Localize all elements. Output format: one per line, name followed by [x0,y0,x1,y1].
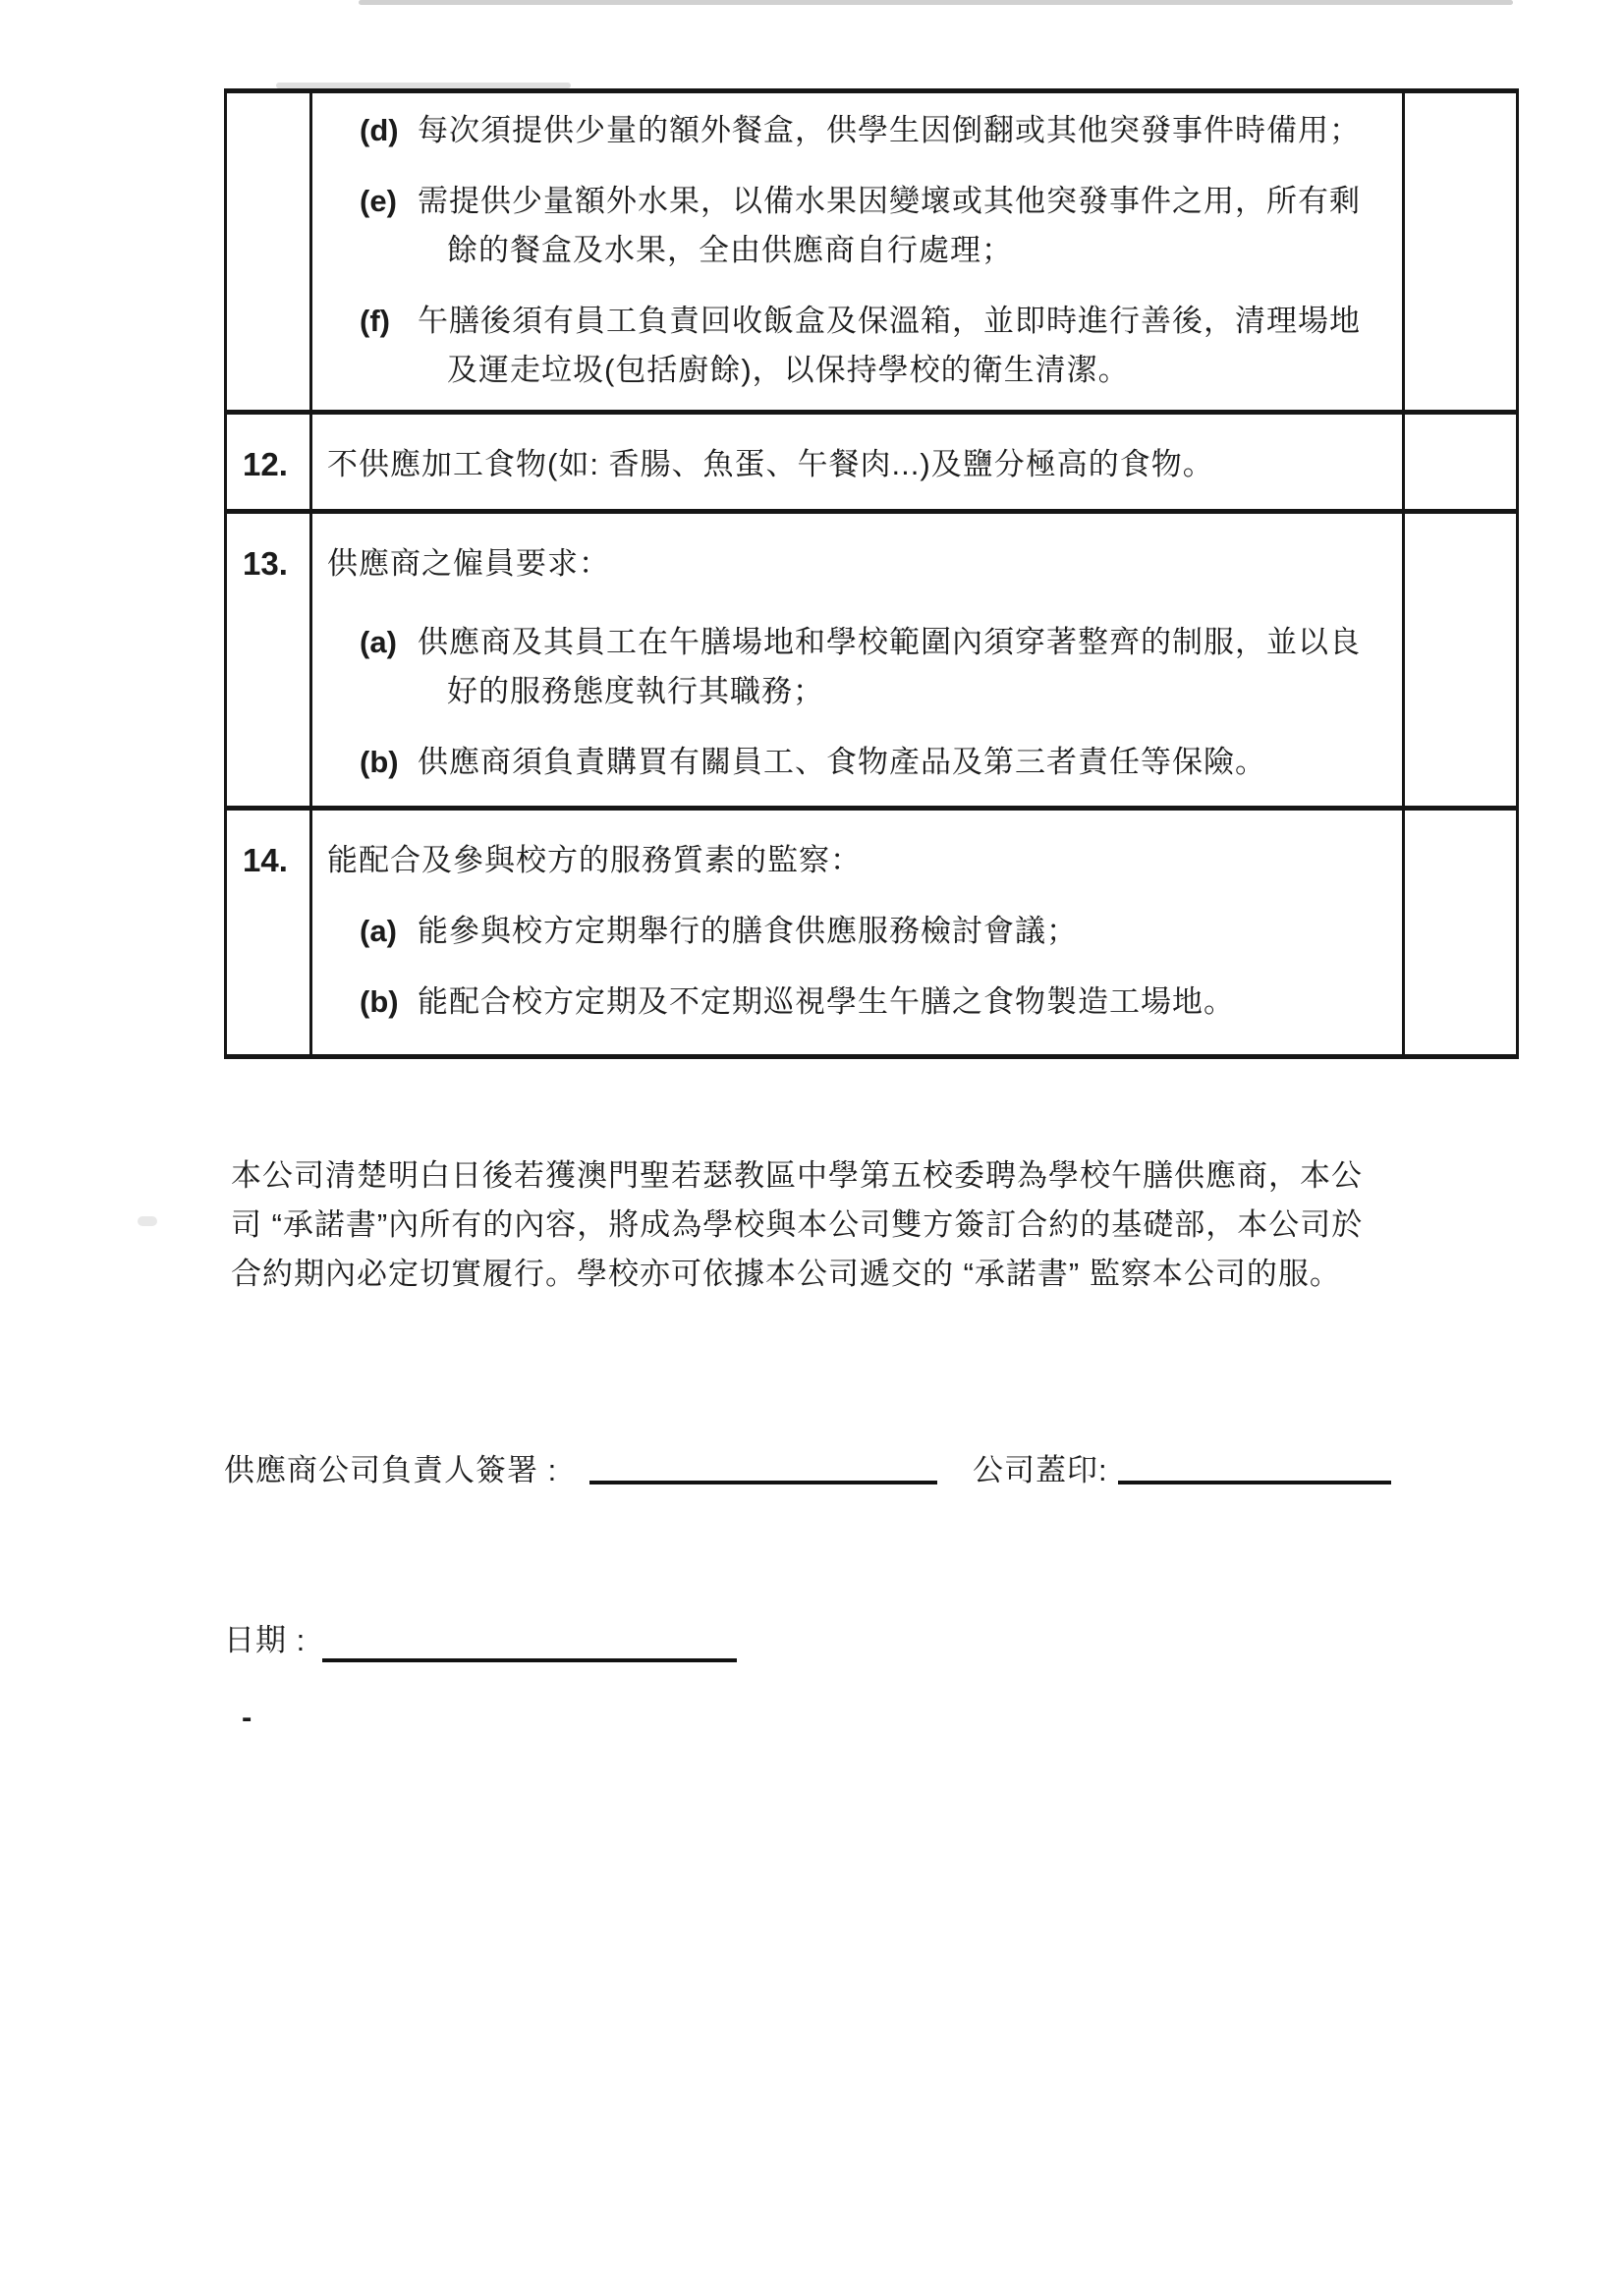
item-content-cell: 不供應加工食物(如: 香腸、魚蛋、午餐肉...)及鹽分極高的食物。 [311,413,1404,512]
subitem-b: (b)供應商須負責購買有關員工、食物產品及第三者責任等保險。 [327,738,1384,787]
date-label: 日期 : [224,1616,322,1665]
subitem-marker: (b) [360,738,418,787]
subitem-f: (f)午膳後須有員工負責回收飯盒及保溫箱，並即時進行善後，清理場地及運走垃圾(包… [327,297,1384,395]
check-column-cell [1404,512,1518,809]
subitem-d: (d)每次須提供少量的額外餐盒，供學生因倒翻或其他突發事件時備用； [327,106,1384,155]
subitem-text: 供應商及其員工在午膳場地和學校範圍內須穿著整齊的制服，並以良好的服務態度執行其職… [418,625,1361,708]
subitem-text: 能參與校方定期舉行的膳食供應服務檢討會議； [418,914,1078,948]
subitem-a: (a)供應商及其員工在午膳場地和學校範圍內須穿著整齊的制服，並以良好的服務態度執… [327,618,1384,716]
item-number-cell: 13. [226,512,311,809]
date-row: 日期 : [224,1616,737,1665]
check-column-cell [1404,809,1518,1057]
scan-artifact-smudge [138,1216,157,1226]
date-line [322,1625,737,1662]
table-row-14: 14. 能配合及參與校方的服務質素的監察： (a)能參與校方定期舉行的膳食供應服… [226,809,1518,1057]
item-number-cell: 12. [226,413,311,512]
check-column-cell [1404,413,1518,512]
document-page: (d)每次須提供少量的額外餐盒，供學生因倒翻或其他突發事件時備用； (e)需提供… [0,0,1624,2296]
table-row-continuation: (d)每次須提供少量的額外餐盒，供學生因倒翻或其他突發事件時備用； (e)需提供… [226,91,1518,413]
subitem-marker: (a) [360,907,418,956]
subitem-marker: (d) [360,106,418,155]
subitem-marker: (f) [360,297,418,346]
subitem-text: 午膳後須有員工負責回收飯盒及保溫箱，並即時進行善後，清理場地及運走垃圾(包括廚餘… [418,304,1361,387]
company-stamp-label: 公司蓋印: [973,1446,1118,1495]
table-row-13: 13. 供應商之僱員要求： (a)供應商及其員工在午膳場地和學校範圍內須穿著整齊… [226,512,1518,809]
item-text: 不供應加工食物(如: 香腸、魚蛋、午餐肉...)及鹽分極高的食物。 [327,440,1384,489]
subitem-text: 能配合校方定期及不定期巡視學生午膳之食物製造工場地。 [418,984,1235,1019]
paragraph-line: 本公司清楚明白日後若獲澳門聖若瑟教區中學第五校委聘為學校午膳供應商，本公 [231,1151,1606,1201]
subitem-text: 供應商須負責購買有關員工、食物產品及第三者責任等保險。 [418,745,1266,779]
company-stamp-line [1118,1447,1391,1484]
subitem-marker: (a) [360,618,418,667]
item-content-cell: 能配合及參與校方的服務質素的監察： (a)能參與校方定期舉行的膳食供應服務檢討會… [311,809,1404,1057]
declaration-paragraph: 本公司清楚明白日後若獲澳門聖若瑟教區中學第五校委聘為學校午膳供應商，本公 司 “… [231,1151,1606,1299]
subitem-a: (a)能參與校方定期舉行的膳食供應服務檢討會議； [327,907,1384,956]
paragraph-line: 合約期內必定切實履行。學校亦可依據本公司遞交的 “承諾書” 監察本公司的服。 [231,1250,1606,1299]
signature-row: 供應商公司負責人簽署 :公司蓋印: [224,1446,1391,1495]
check-column-cell [1404,91,1518,413]
paragraph-line: 司 “承諾書”內所有的內容，將成為學校與本公司雙方簽訂合約的基礎部，本公司於 [231,1201,1606,1250]
scan-artifact-top [359,0,1513,5]
requirements-table: (d)每次須提供少量的額外餐盒，供學生因倒翻或其他突發事件時備用； (e)需提供… [224,88,1519,1059]
stray-dash: - [242,1698,252,1737]
table-row-12: 12. 不供應加工食物(如: 香腸、魚蛋、午餐肉...)及鹽分極高的食物。 [226,413,1518,512]
subitem-b: (b)能配合校方定期及不定期巡視學生午膳之食物製造工場地。 [327,978,1384,1027]
signer-signature-label: 供應商公司負責人簽署 : [224,1446,589,1495]
item-text: 供應商之僱員要求： [327,539,1384,588]
subitem-text: 需提供少量額外水果，以備水果因變壞或其他突發事件之用，所有剩餘的餐盒及水果，全由… [418,184,1361,267]
subitem-marker: (e) [360,177,418,226]
subitem-marker: (b) [360,978,418,1027]
subitem-text: 每次須提供少量的額外餐盒，供學生因倒翻或其他突發事件時備用； [418,113,1361,147]
item-content-cell: 供應商之僱員要求： (a)供應商及其員工在午膳場地和學校範圍內須穿著整齊的制服，… [311,512,1404,809]
subitem-e: (e)需提供少量額外水果，以備水果因變壞或其他突發事件之用，所有剩餘的餐盒及水果… [327,177,1384,275]
item-number-cell: 14. [226,809,311,1057]
signer-signature-line [589,1447,937,1484]
item-text: 能配合及參與校方的服務質素的監察： [327,836,1384,885]
item-content-cell: (d)每次須提供少量的額外餐盒，供學生因倒翻或其他突發事件時備用； (e)需提供… [311,91,1404,413]
item-number-cell [226,91,311,413]
